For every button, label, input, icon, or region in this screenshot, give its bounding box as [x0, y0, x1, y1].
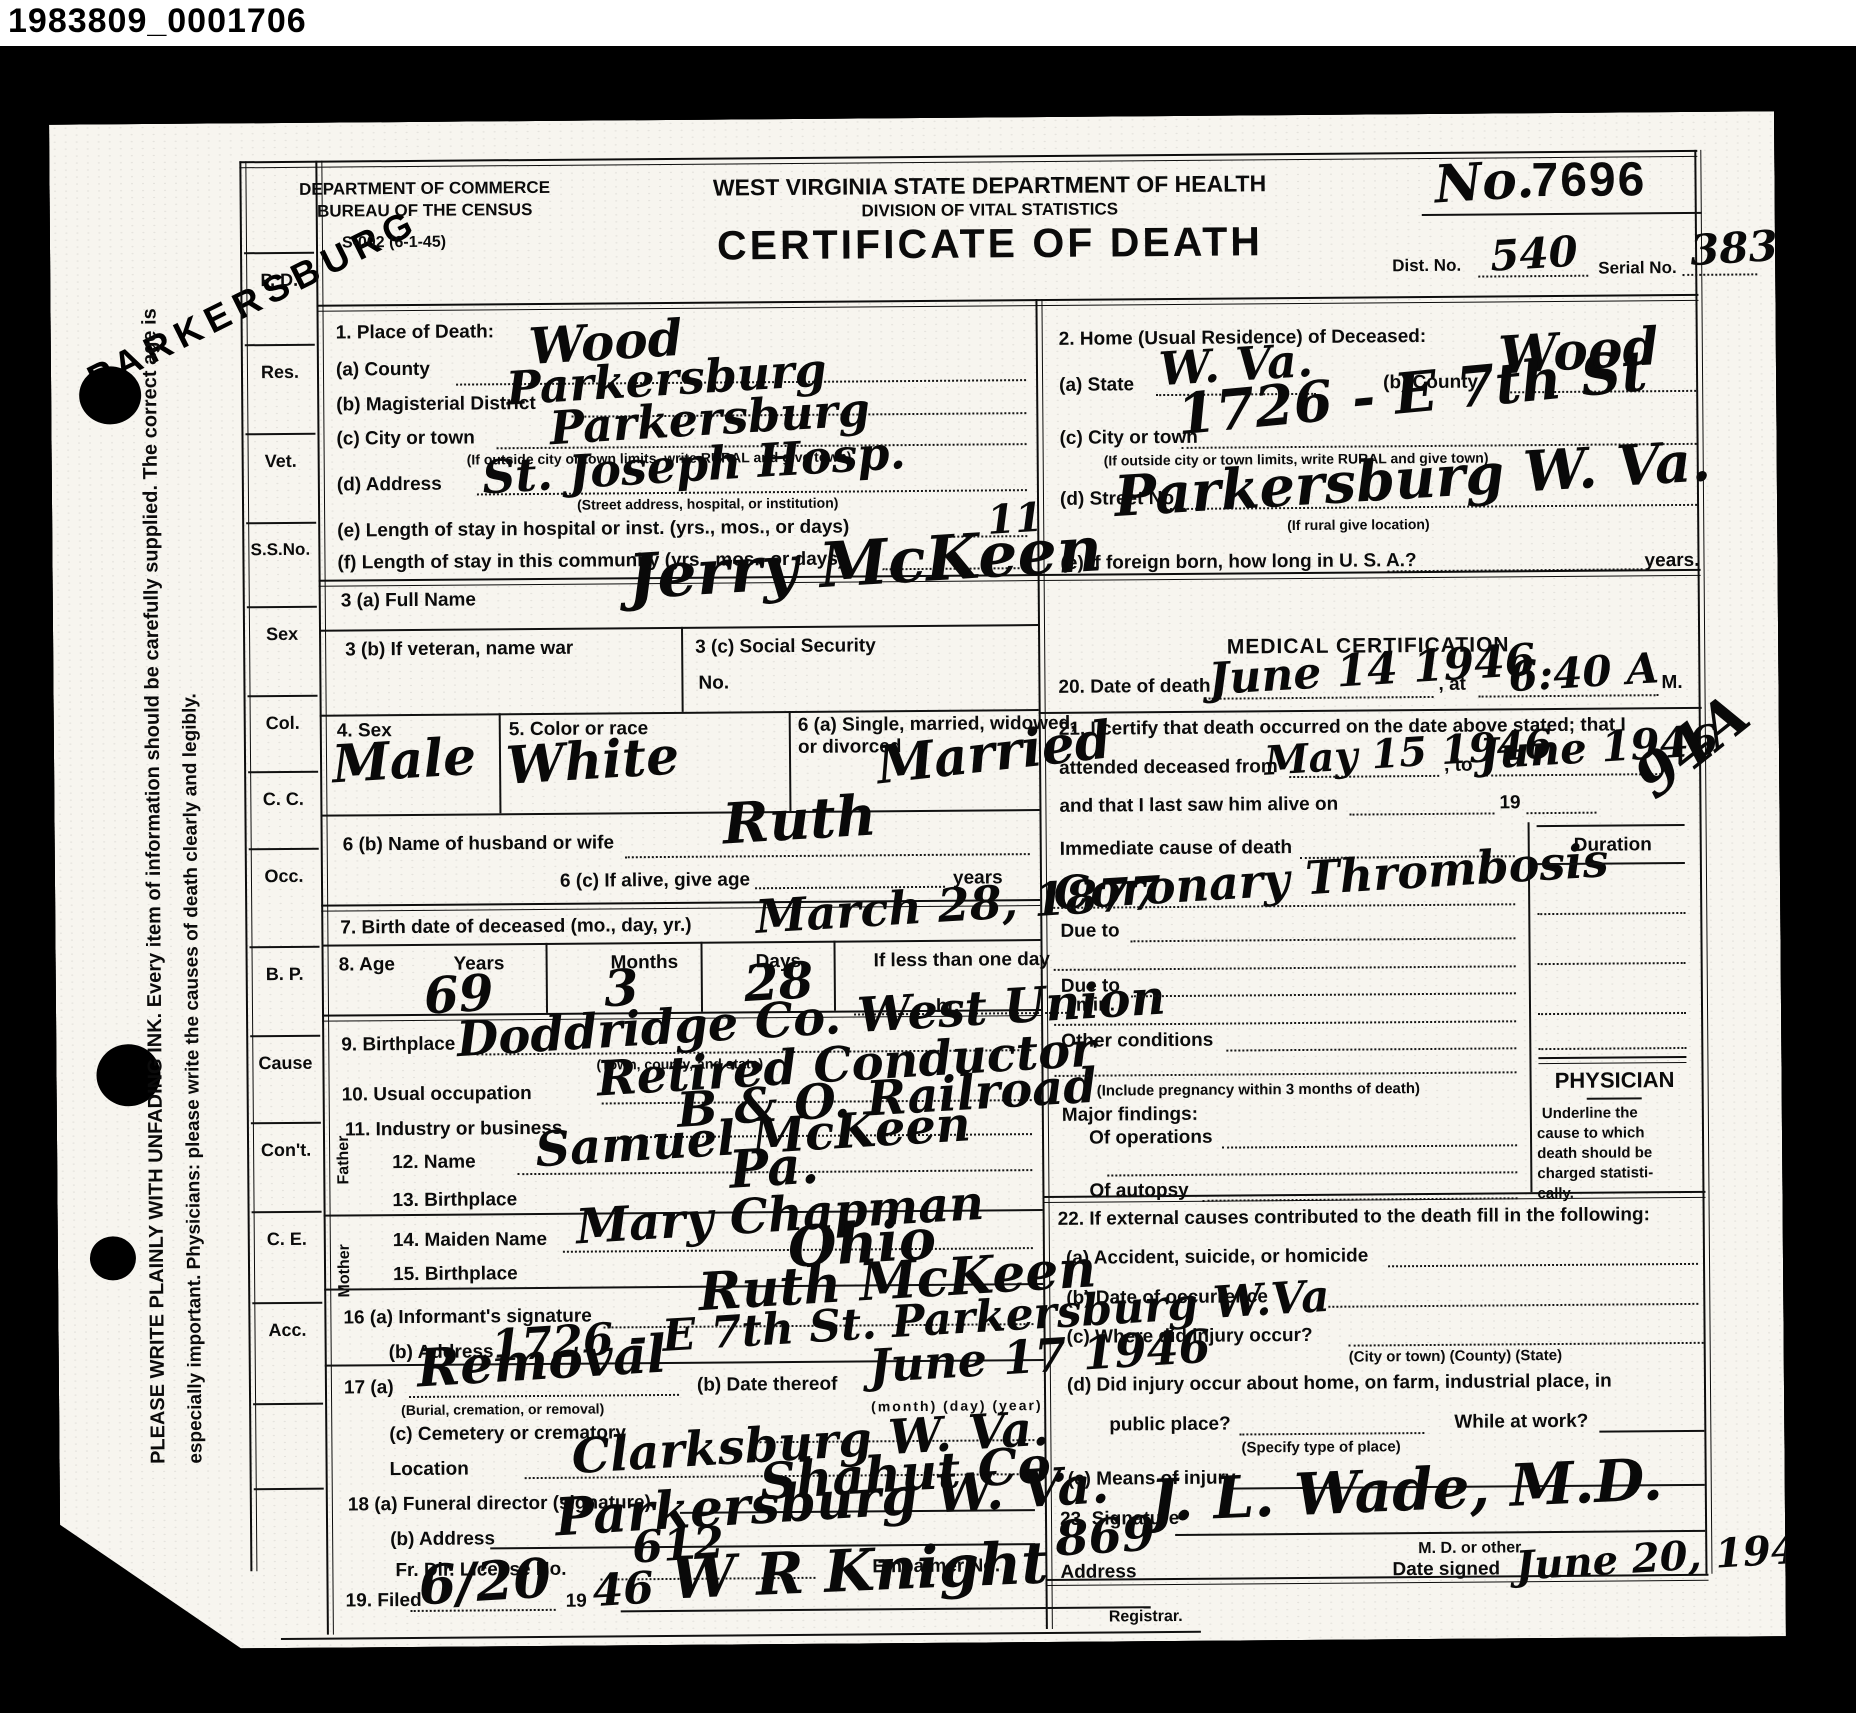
serial-no-value: 383 [1689, 221, 1779, 275]
where-note: (City or town) (County) (State) [1349, 1347, 1562, 1366]
dotted-line [1388, 1263, 1698, 1267]
stub-divider [253, 1403, 323, 1406]
bureau-census: BUREAU OF THE CENSUS [295, 200, 555, 222]
certificate-title: CERTIFICATE OF DEATH [635, 218, 1345, 271]
public-place-label: public place? [1109, 1414, 1231, 1437]
physician-signature-value: J. L. Wade, M.D. [1149, 1445, 1664, 1535]
row-border [319, 624, 1038, 632]
physician-note-2: cause to which [1537, 1124, 1645, 1142]
line [1599, 1430, 1704, 1433]
cause-code-annotation: 94A [1621, 680, 1762, 811]
veteran-label: 3 (b) If veteran, name war [345, 638, 573, 662]
dotted-line [1226, 1047, 1516, 1051]
ssn-no-label: No. [698, 672, 729, 694]
filed-year-value: 46 [591, 1563, 655, 1618]
father-side-label: Father [335, 1116, 354, 1184]
industry-label: 11. Industry or business [345, 1118, 563, 1142]
filed-date-value: 6/20 [417, 1545, 553, 1617]
stub-divider [252, 1302, 322, 1305]
dotted-line [1130, 937, 1515, 942]
physician-note-4: charged statisti- [1537, 1164, 1653, 1182]
stub-cause: Cause [248, 1053, 322, 1075]
md-or-other-note: M. D. or other [1418, 1539, 1521, 1558]
place-heading: 1. Place of Death: [336, 321, 495, 344]
dotted-line [1478, 275, 1588, 278]
disposal-type-note: (Burial, cremation, or removal) [401, 1400, 604, 1418]
header-bottom-border [316, 294, 1698, 312]
operations-label: Of operations [1089, 1127, 1213, 1150]
birthplace-label: 9. Birthplace [341, 1034, 455, 1057]
funeral-address-label: (b) Address [390, 1528, 495, 1551]
last-saw-label: and that I last saw him alive on [1059, 794, 1338, 818]
pregnancy-note: (Include pregnancy within 3 months of de… [1097, 1080, 1420, 1100]
major-findings-label: Major findings: [1062, 1104, 1198, 1127]
row-border [321, 939, 1040, 947]
stub-cc: C. C. [246, 789, 320, 811]
father-birthplace-label: 13. Birthplace [392, 1189, 517, 1212]
dist-no-value: 540 [1489, 227, 1579, 281]
due-to-label-2: Due to [1061, 975, 1120, 997]
disposal-type-label: 17 (a) [344, 1377, 394, 1399]
duration-line [1538, 962, 1686, 965]
cell-divider [681, 627, 684, 712]
dotted-line [1107, 1171, 1517, 1176]
place-county-label: (a) County [336, 359, 430, 382]
physician-note-1: Underline the [1542, 1104, 1638, 1122]
stub-vet: Vet. [244, 451, 318, 473]
mother-birthplace-label: 15. Birthplace [393, 1263, 518, 1286]
dotted-line [1349, 1342, 1704, 1347]
place-address-label: (d) Address [337, 474, 442, 497]
stub-col: Col. [246, 713, 320, 735]
row-border [1039, 707, 1702, 714]
color-value: White [504, 725, 680, 796]
stub-divider [245, 344, 315, 347]
physician-underline [1587, 1097, 1642, 1099]
stub-divider [245, 433, 315, 436]
physician-note-3: death should be [1537, 1144, 1652, 1162]
scanned-death-certificate: 1983809_0001706 PARKERSBURG PLEASE WRITE… [0, 0, 1856, 1713]
accident-label: (a) Accident, suicide, or homicide [1066, 1245, 1368, 1269]
due-to-label-1: Due to [1060, 920, 1119, 942]
stub-divider [254, 1488, 324, 1491]
margin-instruction-line2: especially important. Physicians: please… [176, 274, 207, 1464]
scan-id: 1983809_0001706 [8, 2, 307, 41]
row-border [320, 809, 1039, 817]
death-date-label: 20. Date of death [1058, 676, 1210, 699]
certificate-no-label: No. [1433, 149, 1536, 216]
cell-divider [499, 713, 502, 813]
injury-home-label: (d) Did injury occur about home, on farm… [1067, 1371, 1612, 1397]
stub-divider [249, 848, 319, 851]
stub-bp: B. P. [248, 964, 322, 986]
bottom-border [1045, 1574, 1708, 1586]
stub-sex: Sex [245, 624, 319, 646]
disposal-date-label: (b) Date thereof [697, 1374, 838, 1397]
sex-value: Male [330, 726, 478, 796]
home-city-label: (c) City or town [1059, 427, 1197, 450]
home-street-note: (If rural give location) [1287, 516, 1429, 533]
dotted-line [1222, 1144, 1517, 1148]
stub-cont: Con't. [249, 1140, 323, 1162]
cemetery-location-label: Location [390, 1459, 469, 1482]
place-city-label: (c) City or town [336, 427, 474, 450]
stub-divider [246, 522, 316, 525]
form-number: S-002 (6-1-45) [342, 234, 446, 253]
stub-divider [249, 946, 319, 949]
dist-no-label: Dist. No. [1392, 256, 1461, 277]
father-name-label: 12. Name [392, 1151, 476, 1174]
dotted-line [1239, 1432, 1424, 1435]
death-time-value: 6:40 A [1507, 643, 1660, 701]
certificate-paper: PARKERSBURG PLEASE WRITE PLAINLY WITH UN… [49, 111, 1786, 1650]
stub-occ: Occ. [247, 866, 321, 888]
hole-punch [90, 1236, 136, 1280]
external-heading: 22. If external causes contributed to th… [1058, 1204, 1650, 1231]
duration-line [1538, 1012, 1686, 1015]
full-name-label: 3 (a) Full Name [341, 589, 476, 612]
birthdate-label: 7. Birth date of deceased (mo., day, yr.… [340, 915, 691, 940]
duration-line [1537, 912, 1685, 915]
stub-ce: C. E. [250, 1229, 324, 1251]
stub-divider [248, 771, 318, 774]
dotted-line [1055, 1071, 1517, 1077]
mother-name-label: 14. Maiden Name [393, 1229, 547, 1252]
dotted-line [1682, 273, 1757, 276]
stub-ssno: S.S.No. [240, 540, 320, 561]
age-lessday-label: If less than one day [874, 949, 1050, 972]
occurrence-label: (b) Date of occurrence [1066, 1286, 1268, 1310]
dotted-line [1526, 812, 1596, 815]
dotted-line [1054, 965, 1516, 971]
registrar-signature: W R Knight [669, 1528, 1049, 1612]
stub-pd: P. D. [242, 270, 316, 292]
home-state-label: (a) State [1059, 374, 1134, 397]
dept-commerce: DEPARTMENT OF COMMERCE [294, 178, 554, 200]
certificate-no-value: 7696 [1531, 152, 1646, 208]
while-at-work-label: While at work? [1454, 1411, 1588, 1434]
stub-divider [252, 1211, 322, 1214]
stub-divider [248, 695, 318, 698]
serial-no-label: Serial No. [1598, 258, 1677, 279]
attended-to-label: , to [1444, 755, 1473, 777]
right-border [1694, 150, 1712, 1574]
place-address-note: (Street address, hospital, or institutio… [577, 495, 838, 513]
disposal-type-value: Removal [415, 1324, 668, 1400]
duration-top-line [1537, 824, 1685, 827]
dotted-line [1131, 992, 1516, 997]
margin-instruction-line1: PLEASE WRITE PLAINLY WITH UNFADING INK. … [138, 274, 170, 1464]
scan-id-bar: 1983809_0001706 [0, 0, 1856, 46]
age-label: 8. Age [339, 954, 395, 976]
stub-res: Res. [243, 362, 317, 384]
dotted-line [1349, 812, 1494, 815]
other-conditions-label: Other conditions [1061, 1030, 1213, 1053]
ssn-label: 3 (c) Social Security [695, 635, 876, 658]
spouse-value: Ruth [721, 782, 879, 857]
stub-divider [247, 606, 317, 609]
stub-divider [250, 1035, 320, 1038]
stub-divider [251, 1122, 321, 1125]
duration-label: Duration [1533, 834, 1693, 857]
death-time-suffix: M. [1661, 672, 1682, 694]
filed-year-prefix: 19 [566, 1591, 587, 1613]
mother-side-label: Mother [335, 1197, 354, 1297]
death-time-label: , at [1438, 674, 1466, 696]
duration-line [1538, 1047, 1686, 1050]
attended-label: attended deceased from [1059, 756, 1278, 780]
stub-acc: Acc. [250, 1320, 324, 1342]
public-place-note: (Specify type of place) [1241, 1438, 1400, 1456]
cell-divider [545, 943, 548, 1013]
stub-right-border [315, 161, 334, 1635]
duration-line [1537, 862, 1685, 865]
where-label: (c) Where did injury occur? [1067, 1325, 1313, 1349]
physician-heading: PHYSICIAN [1534, 1067, 1694, 1094]
occupation-label: 10. Usual occupation [342, 1083, 532, 1106]
registrar-label: Registrar. [1109, 1608, 1183, 1627]
bottom-border [281, 1631, 1201, 1640]
dotted-line [625, 853, 1030, 858]
last-saw-year: 19 [1499, 792, 1520, 814]
spouse-age-label: 6 (c) If alive, give age [560, 869, 750, 892]
physician-top-border [1538, 1056, 1686, 1064]
spouse-label: 6 (b) Name of husband or wife [343, 832, 614, 856]
state-department: WEST VIRGINIA STATE DEPARTMENT OF HEALTH [634, 170, 1344, 203]
dotted-line [1328, 1303, 1698, 1308]
